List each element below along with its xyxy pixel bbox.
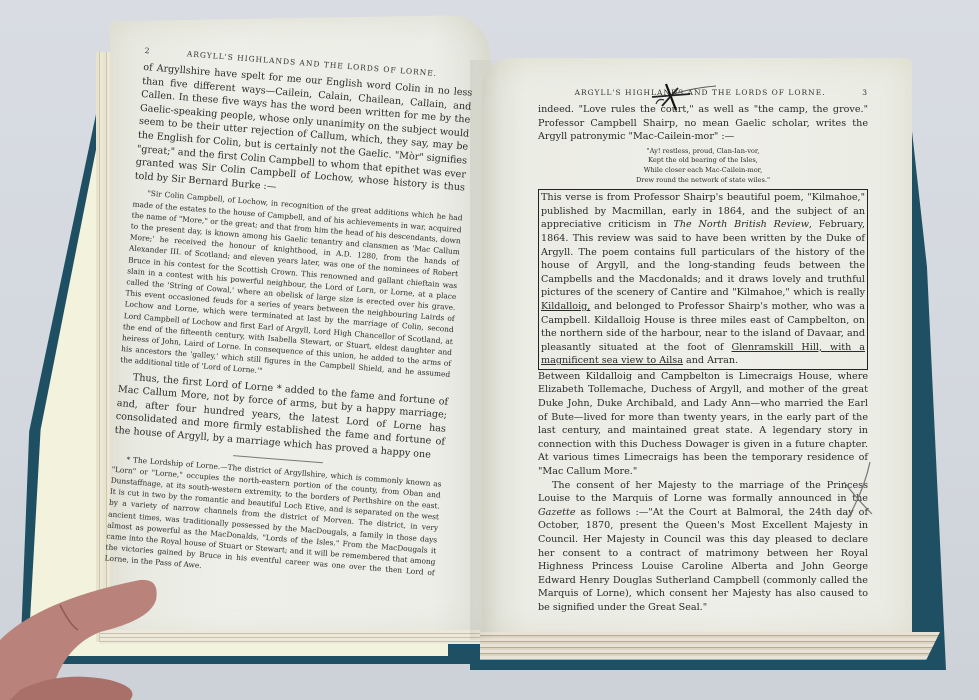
underlined-text: Kildalloig, xyxy=(541,301,590,312)
text-run: The consent of her Majesty to the marria… xyxy=(538,480,868,505)
pencil-x-icon xyxy=(840,460,880,520)
footnote-rule xyxy=(233,455,323,463)
hand-finger xyxy=(0,570,165,700)
verse-line: While closer each Mac-Cailein-mor, xyxy=(538,166,868,176)
paragraph: of Argyllshire have spelt for me our Eng… xyxy=(134,61,473,209)
verse-line: Drew round the network of state wiles." xyxy=(538,176,868,186)
italic-title: Gazette xyxy=(538,507,576,518)
left-page-text: 2 ARGYLL'S HIGHLANDS AND THE LORDS OF LO… xyxy=(104,46,474,594)
verse-line: Kept the old bearing of the Isles, xyxy=(538,156,868,166)
right-page-text: ARGYLL'S HIGHLANDS AND THE LORDS OF LORN… xyxy=(538,88,868,615)
verse: "Ay! restless, proud, Clan-Ian-vor, Kept… xyxy=(538,147,868,185)
text-run: as follows :—"At the Court at Balmoral, … xyxy=(538,507,868,613)
paragraph: The consent of her Majesty to the marria… xyxy=(538,479,868,615)
text-run: , February, 1864. This review was said t… xyxy=(541,219,865,298)
verse-line: "Ay! restless, proud, Clan-Ian-vor, xyxy=(538,147,868,157)
block-quote: "Sir Colin Campbell, of Lochow, in recog… xyxy=(120,187,463,392)
page-number: 3 xyxy=(862,88,868,97)
pencil-star-icon xyxy=(648,80,718,114)
page-stack-bottom-right xyxy=(480,632,940,660)
gutter-shadow xyxy=(470,60,500,640)
boxed-passage: This verse is from Professor Shairp's be… xyxy=(538,189,868,370)
page-number: 2 xyxy=(144,46,150,55)
paragraph: Between Kildalloig and Campbelton is Lim… xyxy=(538,370,868,479)
text-run: and Arran. xyxy=(683,355,738,366)
italic-title: The North British Review xyxy=(673,219,808,230)
